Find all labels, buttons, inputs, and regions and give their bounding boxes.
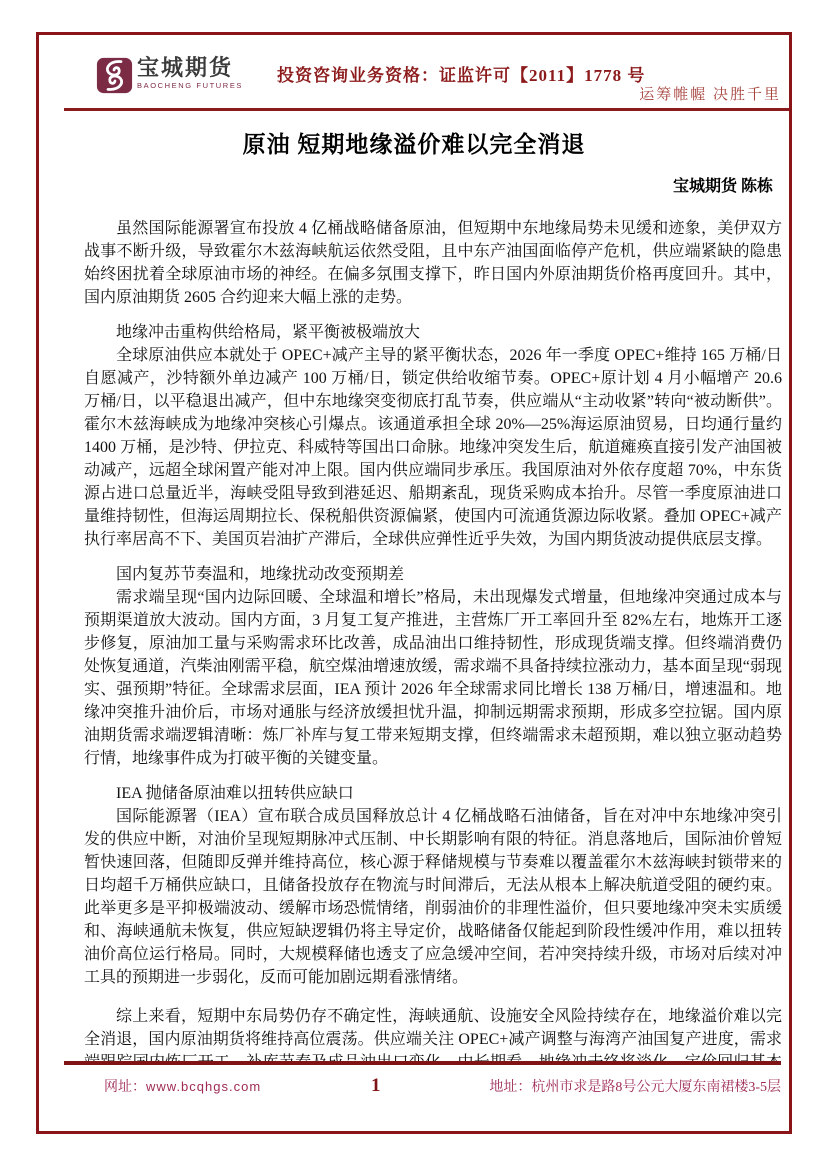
report-header: 宝城期货 BAOCHENG FUTURES 投资咨询业务资格：证监许可【2011… — [39, 35, 789, 111]
report-author: 宝城期货 陈栋 — [39, 173, 789, 196]
website-url[interactable]: www.bcqhgs.com — [146, 1079, 261, 1094]
section-heading: 地缘冲击重构供给格局，紧平衡被极端放大 — [84, 321, 782, 344]
address-value: 杭州市求是路8号公元大厦东南裙楼3-5层 — [531, 1080, 781, 1095]
qualification-text: 投资咨询业务资格：证监许可【2011】1778 号 — [277, 61, 645, 86]
body-paragraph: 需求端呈现“国内边际回暖、全球温和增长”格局，未出现爆发式增量，但地缘冲突通过成… — [84, 586, 782, 770]
footer-address: 地址：杭州市求是路8号公元大厦东南裙楼3-5层 — [381, 1076, 782, 1096]
company-name-en: BAOCHENG FUTURES — [137, 82, 243, 90]
report-body: 虽然国际能源署宣布投放 4 亿桶战略储备原油，但短期中东地缘局势未见缓和迹象，美… — [39, 217, 789, 1061]
page-number: 1 — [371, 1075, 381, 1097]
section-heading: 国内复苏节奏温和，地缘扰动改变预期差 — [84, 563, 782, 586]
website-label: 网址： — [104, 1080, 146, 1095]
company-name-cn: 宝城期货 — [137, 57, 243, 79]
body-paragraph: 国际能源署（IEA）宣布联合成员国释放总计 4 亿桶战略石油储备，旨在对冲中东地… — [84, 805, 782, 989]
report-page: 宝城期货 BAOCHENG FUTURES 投资咨询业务资格：证监许可【2011… — [36, 32, 792, 1134]
page-title: 原油 短期地缘溢价难以完全消退 — [39, 126, 789, 159]
header-divider — [64, 108, 789, 111]
company-slogan: 运筹帷幄 决胜千里 — [639, 83, 781, 104]
section-heading: IEA 抛储备原油难以扭转供应缺口 — [84, 782, 782, 805]
company-logo: 宝城期货 BAOCHENG FUTURES — [96, 57, 243, 94]
body-paragraph: 虽然国际能源署宣布投放 4 亿桶战略储备原油，但短期中东地缘局势未见缓和迹象，美… — [84, 217, 782, 309]
footer-website: 网址：www.bcqhgs.com — [104, 1076, 371, 1096]
body-paragraph: 全球原油供应本就处于 OPEC+减产主导的紧平衡状态，2026 年一季度 OPE… — [84, 344, 782, 551]
address-label: 地址： — [489, 1080, 531, 1095]
report-footer: 网址：www.bcqhgs.com 1 地址：杭州市求是路8号公元大厦东南裙楼3… — [39, 1061, 789, 1131]
body-paragraph: 综上来看，短期中东局势仍存不确定性，海峡通航、设施安全风险持续存在，地缘溢价难以… — [84, 1005, 782, 1061]
baocheng-swirl-logo-icon — [96, 57, 133, 94]
